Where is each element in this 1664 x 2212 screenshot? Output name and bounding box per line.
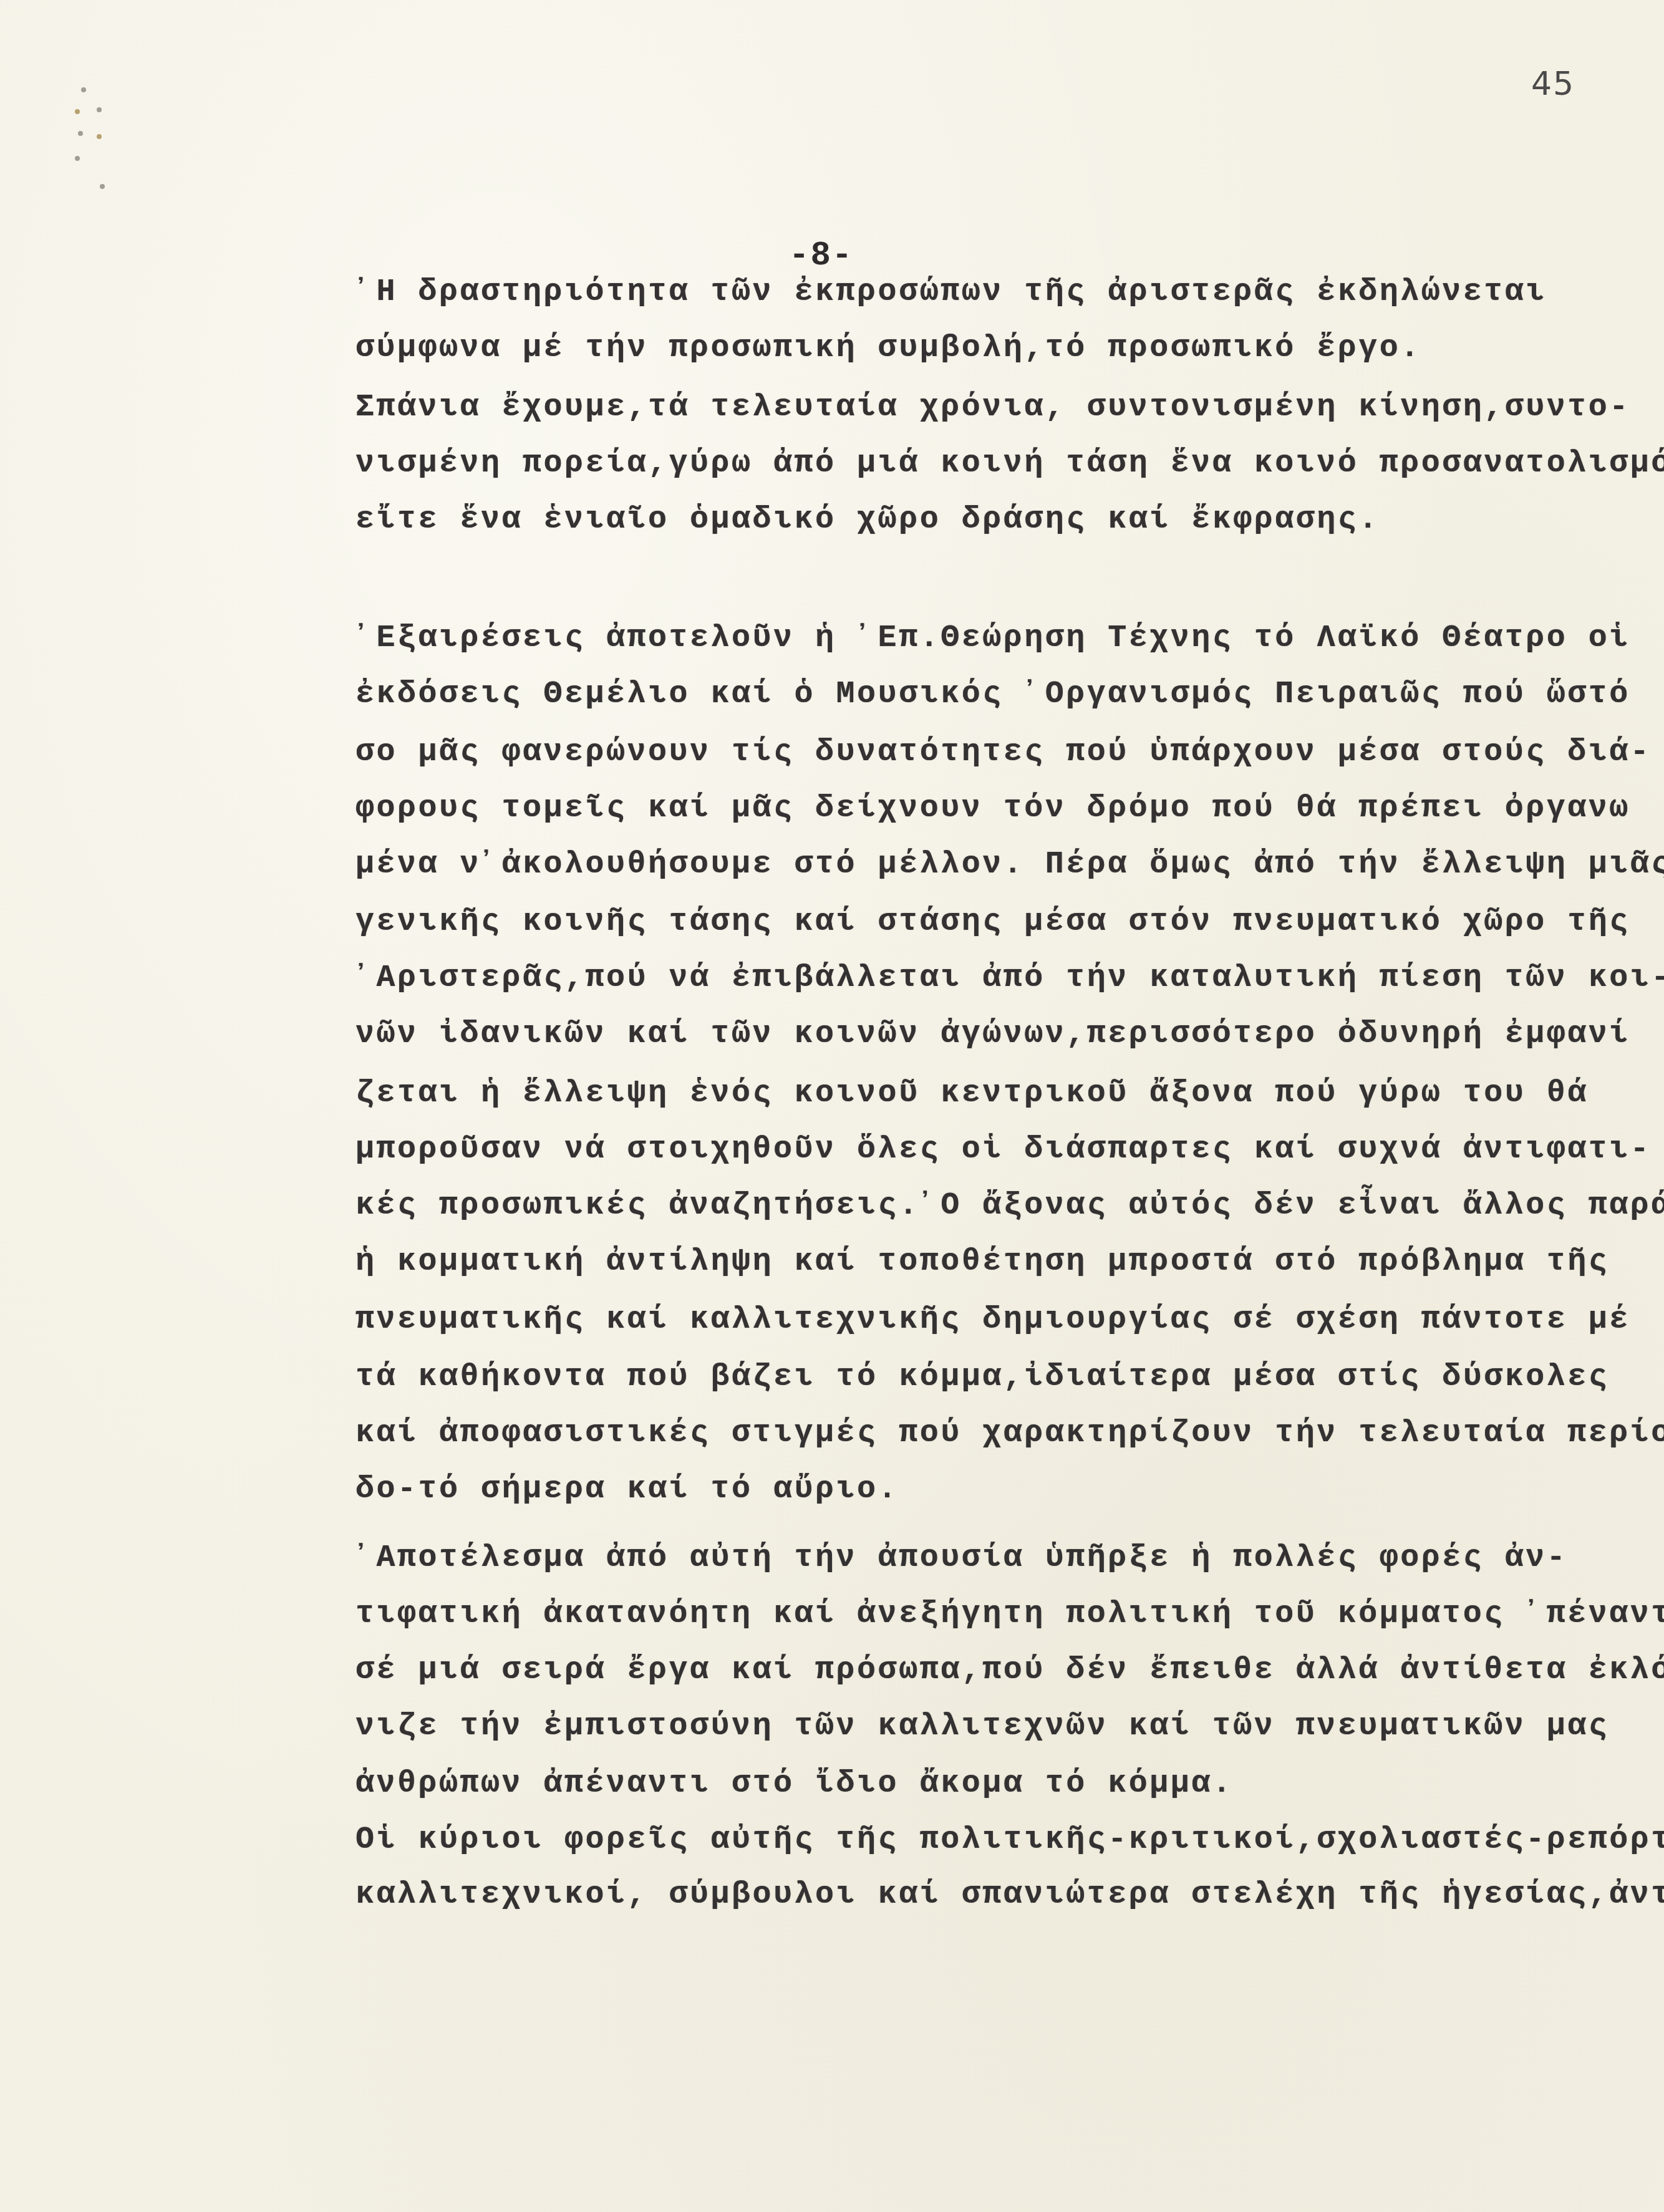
text-line: Σπάνια ἔχουμε,τά τελευταία χρόνια, συντο… xyxy=(356,390,1630,425)
text-line: νῶν ἰδανικῶν καί τῶν κοινῶν ἀγώνων,περισ… xyxy=(356,1017,1630,1052)
text-line: ᾿Η δραστηριότητα τῶν ἐκπροσώπων τῆς ἀρισ… xyxy=(356,274,1547,310)
text-line: καλλιτεχνικοί, σύμβουλοι καί σπανιώτερα … xyxy=(356,1877,1664,1913)
text-line: σέ μιά σειρά ἔργα καί πρόσωπα,πού δέν ἔπ… xyxy=(356,1653,1664,1688)
text-line: σύμφωνα μέ τήν προσωπική συμβολή,τό προσ… xyxy=(356,331,1421,366)
text-line: τιφατική ἀκατανόητη καί ἀνεξήγητη πολιτι… xyxy=(356,1596,1664,1632)
text-line: μένα ν᾿ἀκολουθήσουμε στό μέλλον. Πέρα ὅμ… xyxy=(356,847,1664,882)
text-line: νιζε τήν ἐμπιστοσύνη τῶν καλλιτεχνῶν καί… xyxy=(356,1709,1609,1744)
text-line: καί ἀποφασιστικές στιγμές πού χαρακτηρίζ… xyxy=(356,1416,1664,1451)
text-line: κές προσωπικές ἀναζητήσεις.᾿Ο ἄξονας αὐτ… xyxy=(356,1188,1664,1224)
text-line: ᾿Αριστερᾶς,πού νά ἐπιβάλλεται ἀπό τήν κα… xyxy=(356,960,1664,996)
text-line: γενικῆς κοινῆς τάσης καί στάσης μέσα στό… xyxy=(356,904,1630,940)
document-page: 45 -8- ᾿Η δραστηριότητα τῶν ἐκπροσώπων τ… xyxy=(0,0,1664,2212)
text-line: Οἱ κύριοι φορεῖς αὐτῆς τῆς πολιτικῆς-κρι… xyxy=(356,1822,1664,1858)
text-line: δο-τό σήμερα καί τό αὔριο. xyxy=(356,1472,899,1507)
text-line: σο μᾶς φανερώνουν τίς δυνατότητες πού ὑπ… xyxy=(356,735,1651,770)
text-line: φορους τομεῖς καί μᾶς δείχνουν τόν δρόμο… xyxy=(356,791,1630,826)
text-line: μποροῦσαν νά στοιχηθοῦν ὅλες οἱ διάσπαρτ… xyxy=(356,1132,1651,1167)
text-line: ζεται ἡ ἔλλειψη ἑνός κοινοῦ κεντρικοῦ ἄξ… xyxy=(356,1076,1589,1111)
text-line: ἀνθρώπων ἀπέναντι στό ἴδιο ἄκομα τό κόμμ… xyxy=(356,1766,1233,1802)
punch-hole-marks xyxy=(69,81,119,206)
text-line: εἴτε ἕνα ἑνιαῖο ὁμαδικό χῶρο δράσης καί … xyxy=(356,502,1380,538)
text-line: ἡ κομματική ἀντίληψη καί τοποθέτηση μπρο… xyxy=(356,1244,1609,1280)
handwritten-folio-number: 45 xyxy=(1531,65,1575,103)
text-line: ᾿Αποτέλεσμα ἀπό αὐτή τήν ἀπουσία ὑπῆρξε … xyxy=(356,1540,1567,1576)
text-line: ἐκδόσεις Θεμέλιο καί ὁ Μουσικός ᾿Οργανισ… xyxy=(356,677,1630,712)
text-line: πνευματικῆς καί καλλιτεχνικῆς δημιουργία… xyxy=(356,1302,1630,1338)
text-line: νισμένη πορεία,γύρω ἀπό μιά κοινή τάση ἕ… xyxy=(356,446,1664,481)
text-line: ᾿Εξαιρέσεις ἀποτελοῦν ἡ ᾿Επ.Θεώρηση Τέχν… xyxy=(356,621,1630,656)
text-line: τά καθήκοντα πού βάζει τό κόμμα,ἰδιαίτερ… xyxy=(356,1360,1609,1395)
page-number: -8- xyxy=(789,237,853,275)
